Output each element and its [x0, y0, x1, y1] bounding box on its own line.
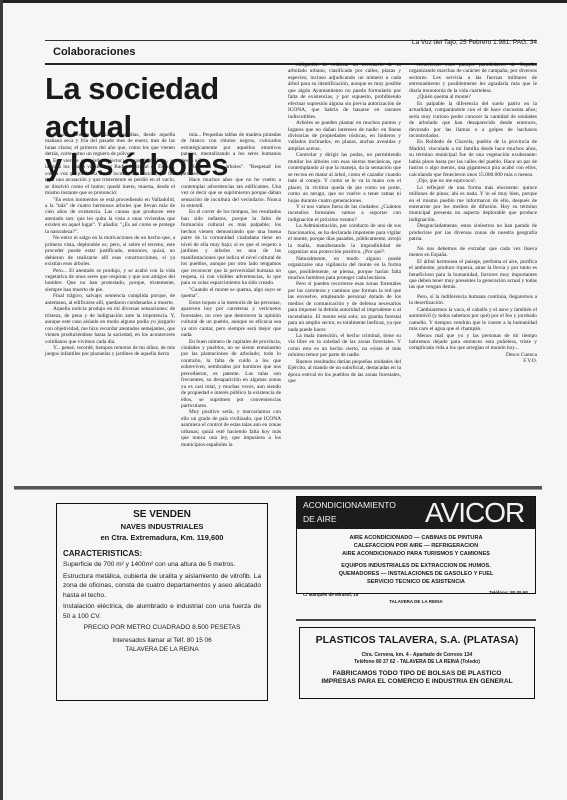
ad-feature: Instalación eléctrica, de alumbrado e in… [63, 602, 261, 621]
ad-banner: ACONDICIONAMIENTO DE AIRE AVICOR [297, 497, 535, 529]
paragraph: obligación de redactar un inventario de … [288, 62, 401, 120]
paragraph: Muy positivo sería, y marcaríamos con el… [181, 409, 281, 448]
paragraph: Aquella noticia produjo en mí diversas s… [45, 306, 175, 345]
paragraph: Y... pensé, recordé, tiempos remotos de … [45, 345, 175, 358]
dateline: La Voz del Tajo, 25 Febrero 1.981. PAG. … [412, 39, 537, 46]
paragraph: En buen número de capitales de provincia… [181, 339, 281, 410]
ad-subtitle: NAVES INDUSTRIALES [63, 522, 261, 531]
author-initials: F.V.O. [409, 358, 537, 364]
ad-location: en Ctra. Extremadura, Km. 119,600 [63, 533, 261, 542]
paragraph: Hace muchos años que no he vuelto a cont… [181, 177, 281, 209]
paragraph: Controlar y dirigir las podas, no permit… [288, 152, 401, 204]
ad-contact: Interesados llamar al Telf. 80 15 06 [63, 636, 261, 645]
paragraph: En Robledo de Chavela, pueblo de la prov… [409, 139, 537, 178]
paragraph: "Cuando el monte se quema, algo suyo se … [181, 287, 281, 300]
paragraph: No nos debemos de extrañar que cada vez … [409, 246, 537, 259]
paragraph: No he contado todavía treinta días, desd… [45, 132, 175, 158]
paragraph: Buenos resultados darían pequeñas unidad… [288, 359, 401, 385]
ad-address: C/ Marqués de Mirasol, 19 [303, 592, 358, 597]
paragraph: recorrieran esos parajes paradisíacos de… [409, 62, 537, 94]
paragraph: Pero... El atentado se produjo, y se aca… [45, 268, 175, 294]
paragraph: La Administración, por conducto de uno d… [288, 223, 401, 255]
ad-tagline: IMPRESAS PARA EL COMERCIO E INDUSTRIA EN… [300, 678, 534, 685]
ad-naves-industriales: SE VENDEN NAVES INDUSTRIALES en Ctra. Ex… [56, 503, 268, 701]
page-edge [0, 0, 3, 800]
ad-feature: Estructura metálica, cubierta de uralita… [63, 572, 261, 601]
service-line: SERVICIO TECNICO DE ASISTENCIA [297, 578, 535, 586]
paragraph: Era viernes (recuérdalo, lector) y aquel… [45, 158, 175, 197]
article-column-1: No he contado todavía treinta días, desd… [45, 132, 175, 358]
paragraph: mía... Pequeñas tablas de madera pintada… [181, 132, 281, 164]
paragraph: En el correr de los tiempos, los resulta… [181, 209, 281, 286]
ad-feature: Superficie de 700 m² y 1400m² con una al… [63, 560, 261, 570]
article-column-3: obligación de redactar un inventario de … [288, 62, 401, 385]
paragraph: Lo reflejaré de una forma más elocuente:… [409, 185, 537, 224]
ad-tagline: FABRICAMOS TODO TIPO DE BOLSAS DE PLASTI… [300, 670, 534, 677]
brand-logo: AVICOR [425, 497, 524, 529]
paragraph: Final trágico, salvaje; sentencia cumpli… [45, 293, 175, 306]
company-name: PLASTICOS TALAVERA, S.A. (PLATASA) [300, 634, 534, 646]
service-line: QUEMADORES — INSTALACIONES DE GASOLEO Y … [297, 570, 535, 578]
banner-line: DE AIRE [303, 514, 337, 524]
paragraph: El árbol hermosea el paisaje, perfuma el… [409, 259, 537, 291]
paragraph: Pero sí pueden recorrerse esas zonas for… [288, 281, 401, 333]
section-title: Colaboraciones [53, 46, 136, 58]
paragraph: Menos mal que yo y las personas de mi ti… [409, 333, 537, 352]
paragraph: Estos toques a la memoria de las persona… [181, 300, 281, 339]
paragraph: No entro ni salgo en la motivaciones de … [45, 235, 175, 267]
ad-features-label: CARACTERISTICAS: [63, 549, 261, 558]
service-line: AIRE ACONDICIONADO PARA TURISMOS Y CAMIO… [297, 550, 535, 558]
paragraph: Y si nos vamos fuera de las ciudades: ¿C… [288, 204, 401, 223]
ad-address: Ctra. Cervera, km. 4 - Apartado de Corre… [300, 652, 534, 658]
ad-city: TALAVERA DE LA REINA [297, 599, 535, 604]
paragraph: La mala intención, el hecho criminal, ti… [288, 333, 401, 359]
page-edge [0, 0, 567, 3]
section-divider [14, 486, 542, 490]
paragraph: "En estos momentos se está procediendo e… [45, 197, 175, 236]
paragraph: Pero, si la indiferencia humana continúa… [409, 294, 537, 307]
paragraph: Desgraciadamente, estos siniestros no ha… [409, 223, 537, 242]
ad-platasa: PLASTICOS TALAVERA, S.A. (PLATASA) Ctra.… [299, 627, 535, 699]
ad-city: TALAVERA DE LA REINA [63, 645, 261, 654]
paragraph: "Respetad los árboles". "Respetad los ja… [181, 164, 281, 177]
ad-phone: Teléfono 80 37 62 - TALAVERA DE LA REINA… [300, 659, 534, 665]
banner-line: ACONDICIONAMIENTO [303, 500, 396, 510]
article-column-2: mía... Pequeñas tablas de madera pintada… [181, 132, 281, 448]
ad-price: PRECIO POR METRO CUADRADO 8.500 PESETAS [63, 624, 261, 631]
paragraph: Naturalmente, en modo alguno puede organ… [288, 256, 401, 282]
article-column-4: recorrieran esos parajes paradisíacos de… [409, 62, 537, 365]
service-line: EQUIPOS INDUSTRIALES DE EXTRACCION DE HU… [297, 562, 535, 570]
paragraph: Es palpable la diferencia del suelo patr… [409, 101, 537, 140]
service-line: AIRE ACONDICIONADO — CABINAS DE PINTURA [297, 534, 535, 542]
paragraph: Cambiaremos la vaca, el caballo y el asn… [409, 307, 537, 333]
ad-title: SE VENDEN [63, 509, 261, 520]
ad-phone: Teléfono: 80 05 68. [489, 590, 529, 595]
ad-divider [296, 619, 536, 621]
service-line: CALEFACCION POR AIRE — REFRIGERACION [297, 542, 535, 550]
paragraph: Arboles se pueden plantar en muchos punt… [288, 120, 401, 152]
ad-avicor: ACONDICIONAMIENTO DE AIRE AVICOR AIRE AC… [296, 496, 536, 594]
